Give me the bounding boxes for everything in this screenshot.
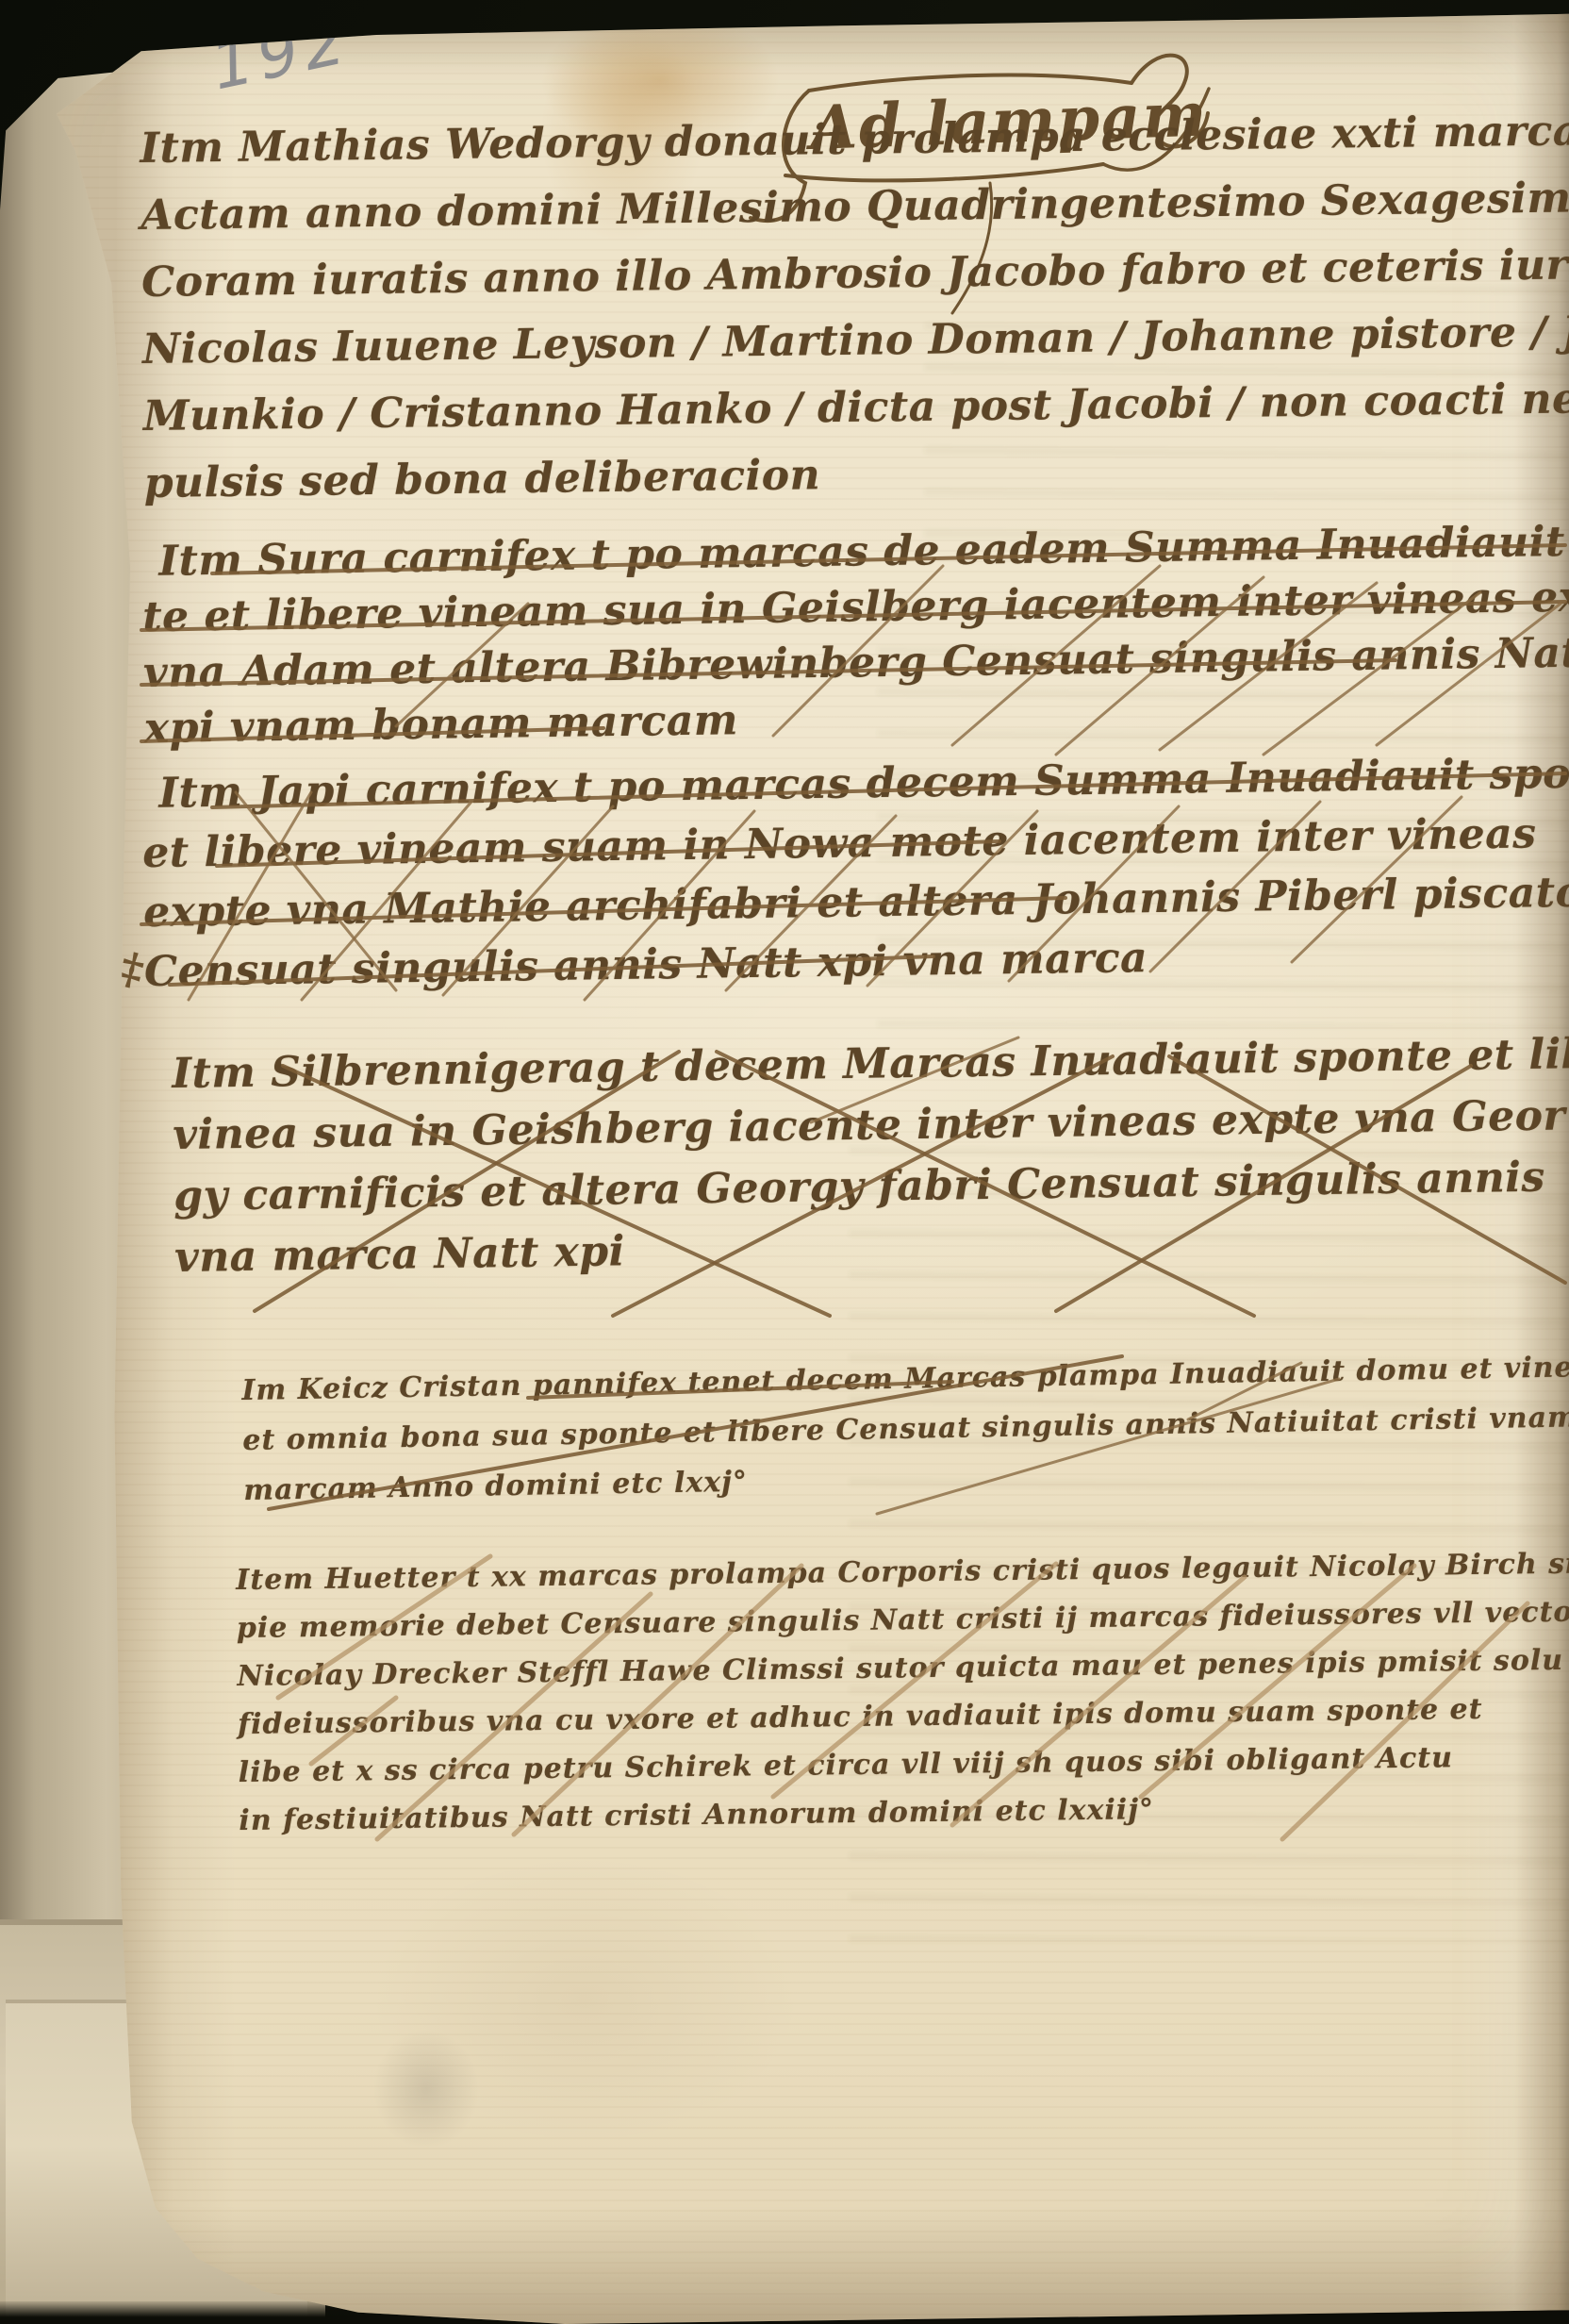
- entry-block-4-cancelled: Itm Silbrennigerag t decem Marcas Inuadi…: [172, 1022, 1569, 1288]
- manuscript-page: 192 Ad lampam Itm Mathias Wedorgy donaui…: [0, 0, 1569, 2324]
- entry-block-2-cancelled: Itm Sura carnifex t po marcas de eadem S…: [141, 512, 1569, 756]
- entry-block-3-cancelled: Itm Japi carnifex t po marcas decem Summ…: [141, 743, 1569, 1002]
- manuscript-photo: 192 Ad lampam Itm Mathias Wedorgy donaui…: [0, 0, 1569, 2324]
- entry-block-5-cancelled: Im Keicz Cristan pannifex tenet decem Ma…: [241, 1342, 1569, 1516]
- entry-block-1: Itm Mathias Wedorgy donauit prolampa ecc…: [140, 95, 1569, 517]
- folio-number: 192: [205, 3, 356, 105]
- entry-block-6-cancelled: Item Huetter t xx marcas prolampa Corpor…: [236, 1539, 1569, 1845]
